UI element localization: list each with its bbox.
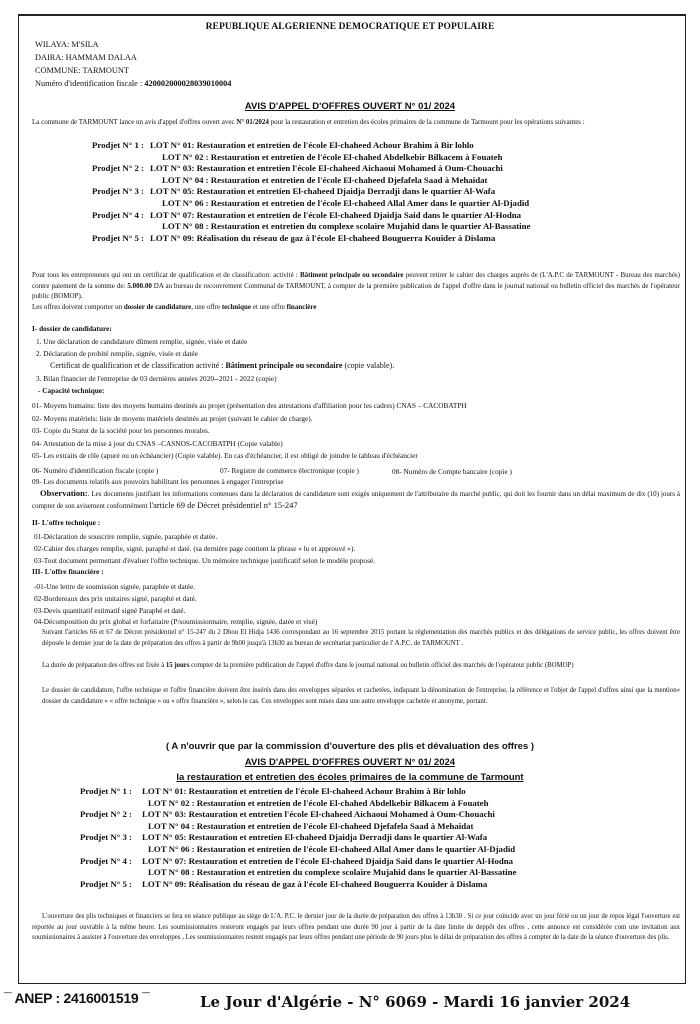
lot-row: LOT N° 06 : Restauration et entretien de… <box>0 198 700 210</box>
lot-description: LOT N° 03: Restauration et entretien l'é… <box>142 809 495 821</box>
dossier-item-2: 2. Déclaration de probité remplie, signé… <box>36 349 198 358</box>
avis-subtitle-2: la restauration et entretien des écoles … <box>0 772 700 783</box>
lot-description: LOT N° 01: Restauration et entretien de … <box>142 786 466 798</box>
technique-item-3: 03-Tout document permettant d'évaluer l'… <box>34 556 375 565</box>
journal-footer: Le Jour d'Algérie - N° 6069 - Mardi 16 j… <box>200 993 630 1011</box>
projet-label: Prodjet N° 1 : <box>92 140 144 152</box>
projet-label: Prodjet N° 2 : <box>80 809 132 821</box>
capacite-item-07: 07- Registre de commerce électronique (c… <box>220 466 359 475</box>
lot-row: Prodjet N° 5 :LOT N° 09: Réalisation du … <box>0 233 700 245</box>
lot-description: LOT N° 06 : Restauration et entretien de… <box>162 198 529 210</box>
wilaya: WILAYA: M'SILA <box>35 40 99 49</box>
lot-description: LOT N° 02 : Restauration et entretien de… <box>162 152 502 164</box>
anep-reference: ¯ ANEP : 2416001519 ¯ <box>4 990 149 1006</box>
lot-description: LOT N° 02 : Restauration et entretien de… <box>148 798 488 810</box>
lot-row: LOT N° 08 : Restauration et entretien du… <box>0 867 700 879</box>
capacite-title: - Capacité technique: <box>38 386 104 395</box>
lot-description: LOT N° 07: Restauration et entretien de … <box>150 210 521 222</box>
envelopes-paragraph: Le dossier de candidature, l'offre techn… <box>42 686 680 707</box>
lot-description: LOT N° 06 : Restauration et entretien de… <box>148 844 515 856</box>
lot-row: LOT N° 08 : Restauration et entretien du… <box>0 221 700 233</box>
projet-label: Prodjet N° 1 : <box>80 786 132 798</box>
capacite-item-06: 06- Numéro d'identification fiscale (cop… <box>32 466 158 475</box>
lot-description: LOT N° 05: Restauration et entretien El-… <box>142 832 487 844</box>
certificat-line: Certificat de qualification et de classi… <box>50 361 394 370</box>
lot-row: Prodjet N° 1 :LOT N° 01: Restauration et… <box>0 140 700 152</box>
sealed-note: ( A n'ouvrir que par la commission d'ouv… <box>0 741 700 752</box>
capacite-item: 03- Copie du Statut de la société pour l… <box>32 426 210 435</box>
republic-header: REPUBLIQUE ALGERIENNE DEMOCRATIQUE ET PO… <box>0 22 700 32</box>
duree-paragraph: La durée de préparation des offres est f… <box>42 661 680 672</box>
technique-item-2: 02-Cahier des charges remplie, signé, pa… <box>34 544 355 553</box>
lot-description: LOT N° 04 : Restauration et entretien de… <box>148 821 473 833</box>
lot-description: LOT N° 03: Restauration et entretien l'é… <box>150 163 503 175</box>
lot-description: LOT N° 07: Restauration et entretien de … <box>142 856 513 868</box>
capacite-item-09: 09- Les documents relatifs aux pouvoirs … <box>32 477 284 486</box>
capacite-item: 02- Moyens matériels: liste de moyens ma… <box>32 414 313 423</box>
depot-paragraph: Suivant l'articles 66 et 67 de Décret pr… <box>42 628 680 649</box>
lot-description: LOT N° 05: Restauration et entretien El-… <box>150 186 495 198</box>
projet-label: Prodjet N° 2 : <box>92 163 144 175</box>
capacite-item-08: 08- Numéro de Compte bancaire (copie ) <box>392 467 512 476</box>
lot-description: LOT N° 08 : Restauration et entretien du… <box>162 221 530 233</box>
lots-list-2: Prodjet N° 1 :LOT N° 01: Restauration et… <box>0 786 700 890</box>
intro-paragraph: La commune de TARMOUNT lance un avis d'a… <box>32 117 680 128</box>
lot-row: LOT N° 02 : Restauration et entretien de… <box>0 152 700 164</box>
lot-row: LOT N° 02 : Restauration et entretien de… <box>0 798 700 810</box>
nif-value: 420002000028039010004 <box>144 79 231 88</box>
projet-label: Prodjet N° 5 : <box>80 879 132 891</box>
eligibility-paragraph: Pour tous les entrepreneurs qui ont un c… <box>32 270 680 312</box>
lot-row: LOT N° 04 : Restauration et entretien de… <box>0 821 700 833</box>
lot-row: Prodjet N° 1 :LOT N° 01: Restauration et… <box>0 786 700 798</box>
dossier-title: I- dossier de candidature: <box>32 324 112 333</box>
technique-item-1: 01-Déclaration de souscrire remplie, sig… <box>34 532 217 541</box>
lot-description: LOT N° 09: Réalisation du réseau de gaz … <box>142 879 487 891</box>
technique-title: II- L'offre technique : <box>32 518 100 527</box>
lot-row: LOT N° 04 : Restauration et entretien de… <box>0 175 700 187</box>
ouverture-paragraph: L'ouverture des plis techniques et finan… <box>32 912 680 944</box>
lot-row: Prodjet N° 4 :LOT N° 07: Restauration et… <box>0 210 700 222</box>
lot-description: LOT N° 08 : Restauration et entretien du… <box>148 867 516 879</box>
projet-label: Prodjet N° 4 : <box>80 856 132 868</box>
dossier-item-1: 1. Une déclaration de candidature dûment… <box>36 337 247 346</box>
financiere-item-2: 02-Bordereaux des prix unitaires signé, … <box>34 594 197 603</box>
lot-row: Prodjet N° 3 :LOT N° 05: Restauration et… <box>0 186 700 198</box>
avis-title: AVIS D'APPEL D'OFFRES OUVERT N° 01/ 2024 <box>0 101 700 112</box>
commune: COMMUNE: TARMOUNT <box>35 66 129 75</box>
capacite-item: 01- Moyens humains: liste des moyens hum… <box>32 401 467 410</box>
projet-label: Prodjet N° 3 : <box>92 186 144 198</box>
observation: Observation:. Les documents justifiant l… <box>32 488 680 511</box>
lots-list-1: Prodjet N° 1 :LOT N° 01: Restauration et… <box>0 140 700 244</box>
nif-label: Numéro d'identification fiscale : <box>35 79 144 88</box>
lot-row: Prodjet N° 4 :LOT N° 07: Restauration et… <box>0 856 700 868</box>
projet-label: Prodjet N° 5 : <box>92 233 144 245</box>
nif: Numéro d'identification fiscale : 420002… <box>35 79 231 88</box>
projet-label: Prodjet N° 3 : <box>80 832 132 844</box>
capacite-item: 05- Les extraits de rôle (apuré ou un éc… <box>32 451 418 460</box>
dossier-item-3: 3. Bilan financier de l'entreprise de 03… <box>36 374 277 383</box>
lot-row: Prodjet N° 5 :LOT N° 09: Réalisation du … <box>0 879 700 891</box>
lot-description: LOT N° 09: Réalisation du réseau de gaz … <box>150 233 495 245</box>
financiere-item-4: 04-Décomposition du prix global et forfa… <box>34 617 317 626</box>
projet-label: Prodjet N° 4 : <box>92 210 144 222</box>
lot-row: Prodjet N° 2 :LOT N° 03: Restauration et… <box>0 163 700 175</box>
avis-title-2: AVIS D'APPEL D'OFFRES OUVERT N° 01/ 2024 <box>0 757 700 768</box>
lot-row: Prodjet N° 3 :LOT N° 05: Restauration et… <box>0 832 700 844</box>
daira: DAIRA: HAMMAM DALAA <box>35 53 137 62</box>
lot-row: LOT N° 06 : Restauration et entretien de… <box>0 844 700 856</box>
lot-description: LOT N° 04 : Restauration et entretien de… <box>162 175 487 187</box>
financiere-title: III- L'offre financière : <box>32 567 104 576</box>
financiere-item-3: 03-Devis quantitatif estimatif signé Par… <box>34 606 185 615</box>
capacite-item: 04- Attestation de la mise à jour du CNA… <box>32 439 283 448</box>
lot-description: LOT N° 01: Restauration et entretien de … <box>150 140 474 152</box>
financiere-item-1: -01-Une lettre de soumission signée, par… <box>34 582 195 591</box>
lot-row: Prodjet N° 2 :LOT N° 03: Restauration et… <box>0 809 700 821</box>
